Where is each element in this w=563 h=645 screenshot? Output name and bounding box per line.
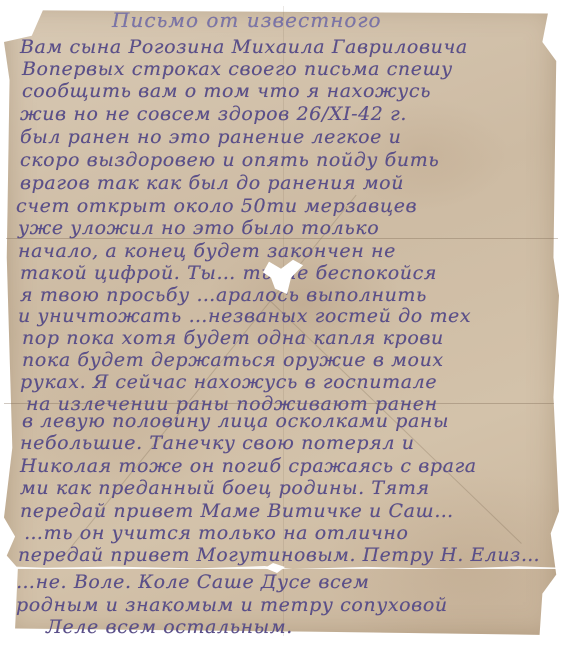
letter-line: скоро выздоровею и опять пойду бить bbox=[20, 149, 439, 171]
letter-title: Письмо от известного bbox=[112, 8, 382, 32]
letter-text: Письмо от известного Вам сына Рогозина М… bbox=[0, 0, 563, 645]
letter-line: я твою просьбу …аралось выполнить bbox=[20, 284, 427, 306]
letter-line: жив но не совсем здоров 26/XI-42 г. bbox=[20, 103, 407, 125]
letter-line: …не. Воле. Коле Саше Дусе всем bbox=[16, 571, 369, 593]
letter-line: Вам сына Рогозина Михаила Гавриловича bbox=[20, 36, 468, 58]
letter-line: передай привет Могутиновым. Петру Н. Ели… bbox=[18, 544, 540, 566]
letter-line: родным и знакомым и тетру сопуховой bbox=[16, 594, 448, 616]
letter-line: был ранен но это ранение легкое и bbox=[20, 126, 401, 148]
letter-line: уже уложил но это было только bbox=[18, 217, 379, 239]
letter-line: такой цифрой. Ты… ты не беспокойся bbox=[20, 262, 437, 284]
letter-line: Вопервых строках своего письма спешу bbox=[22, 58, 453, 80]
letter-line: начало, а конец будет закончен не bbox=[18, 240, 396, 262]
letter-line: в левую половину лица осколками раны bbox=[22, 410, 449, 432]
letter-line: пока будет держаться оружие в моих bbox=[22, 349, 444, 371]
letter-line: передай привет Маме Витичке и Саш… bbox=[20, 500, 454, 522]
letter-line: Николая тоже он погиб сражаясь с врага bbox=[20, 455, 477, 477]
letter-line: Леле всем остальным. bbox=[46, 616, 293, 638]
letter-line: счет открыт около 50ти мерзавцев bbox=[16, 195, 417, 217]
letter-line: пор пока хотя будет одна капля крови bbox=[22, 327, 444, 349]
letter-line: врагов так как был до ранения мой bbox=[20, 172, 404, 194]
letter-line: ми как преданный боец родины. Тятя bbox=[20, 477, 430, 499]
letter-line: …ть он учится только на отлично bbox=[24, 522, 409, 544]
letter-line: небольшие. Танечку свою потерял и bbox=[20, 432, 415, 454]
letter-line: руках. Я сейчас нахожусь в госпитале bbox=[20, 371, 437, 393]
letter-line: сообщить вам о том что я нахожусь bbox=[22, 80, 431, 102]
letter-line: и уничтожать …незваных гостей до тех bbox=[18, 305, 471, 327]
